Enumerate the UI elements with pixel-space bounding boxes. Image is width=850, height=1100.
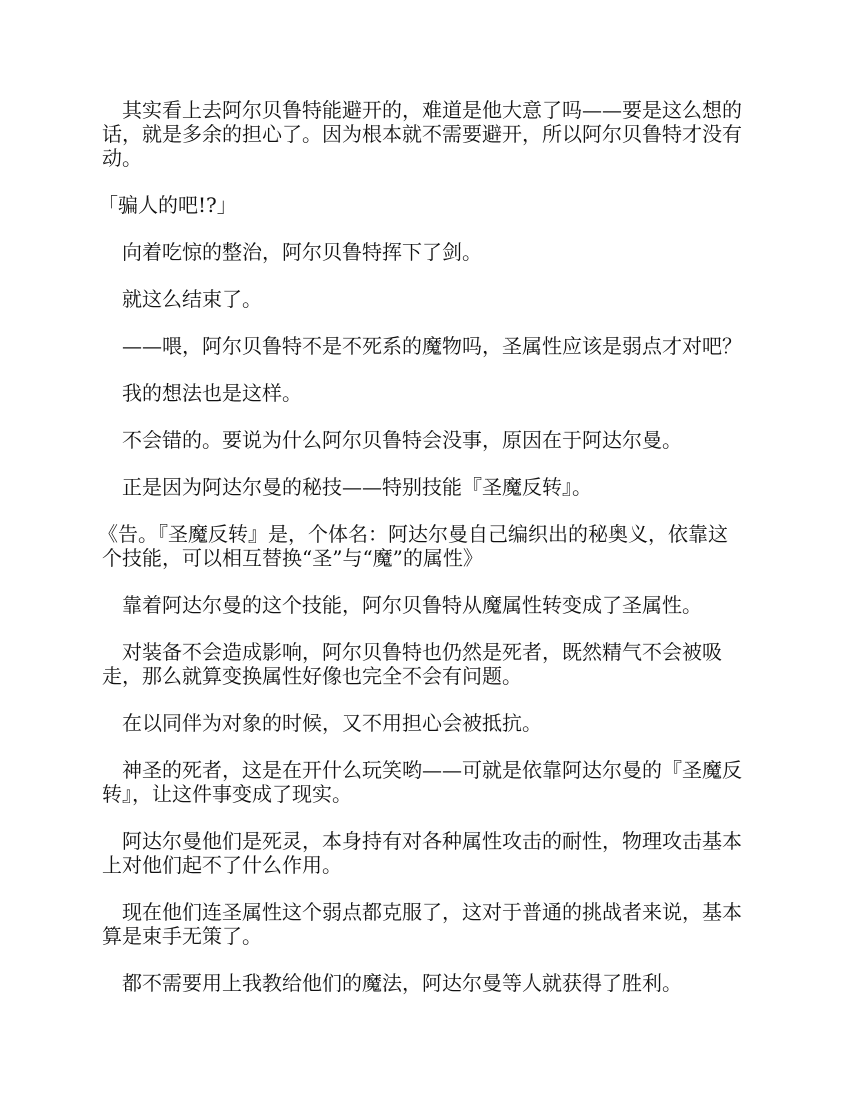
paragraph: 都不需要用上我教给他们的魔法，阿达尔曼等人就获得了胜利。 [102,971,744,995]
paragraph: 正是因为阿达尔曼的秘技——特别技能『圣魔反转』。 [102,475,744,499]
paragraph: 不会错的。要说为什么阿尔贝鲁特会没事，原因在于阿达尔曼。 [102,428,744,452]
dialogue-paragraph: 「骗人的吧!?」 [102,193,744,217]
paragraph: 阿达尔曼他们是死灵，本身持有对各种属性攻击的耐性，物理攻击基本上对他们起不了什么… [102,829,744,877]
paragraph: 靠着阿达尔曼的这个技能，阿尔贝鲁特从魔属性转变成了圣属性。 [102,593,744,617]
document-page: 其实看上去阿尔贝鲁特能避开的，难道是他大意了吗——要是这么想的话，就是多余的担心… [102,98,744,1018]
paragraph: 就这么结束了。 [102,287,744,311]
paragraph: 在以同伴为对象的时候，又不用担心会被抵抗。 [102,711,744,735]
paragraph: 我的想法也是这样。 [102,381,744,405]
paragraph: 神圣的死者，这是在开什么玩笑哟——可就是依靠阿达尔曼的『圣魔反转』，让这件事变成… [102,758,744,806]
paragraph: 其实看上去阿尔贝鲁特能避开的，难道是他大意了吗——要是这么想的话，就是多余的担心… [102,98,744,170]
paragraph: ——喂，阿尔贝鲁特不是不死系的魔物吗，圣属性应该是弱点才对吧？ [102,334,744,358]
system-message-paragraph: 《告。『圣魔反转』是，个体名：阿达尔曼自己编织出的秘奥义，依靠这个技能，可以相互… [102,522,744,570]
paragraph: 对装备不会造成影响，阿尔贝鲁特也仍然是死者，既然精气不会被吸走，那么就算变换属性… [102,640,744,688]
paragraph: 现在他们连圣属性这个弱点都克服了，这对于普通的挑战者来说，基本算是束手无策了。 [102,900,744,948]
paragraph: 向着吃惊的整治，阿尔贝鲁特挥下了剑。 [102,240,744,264]
